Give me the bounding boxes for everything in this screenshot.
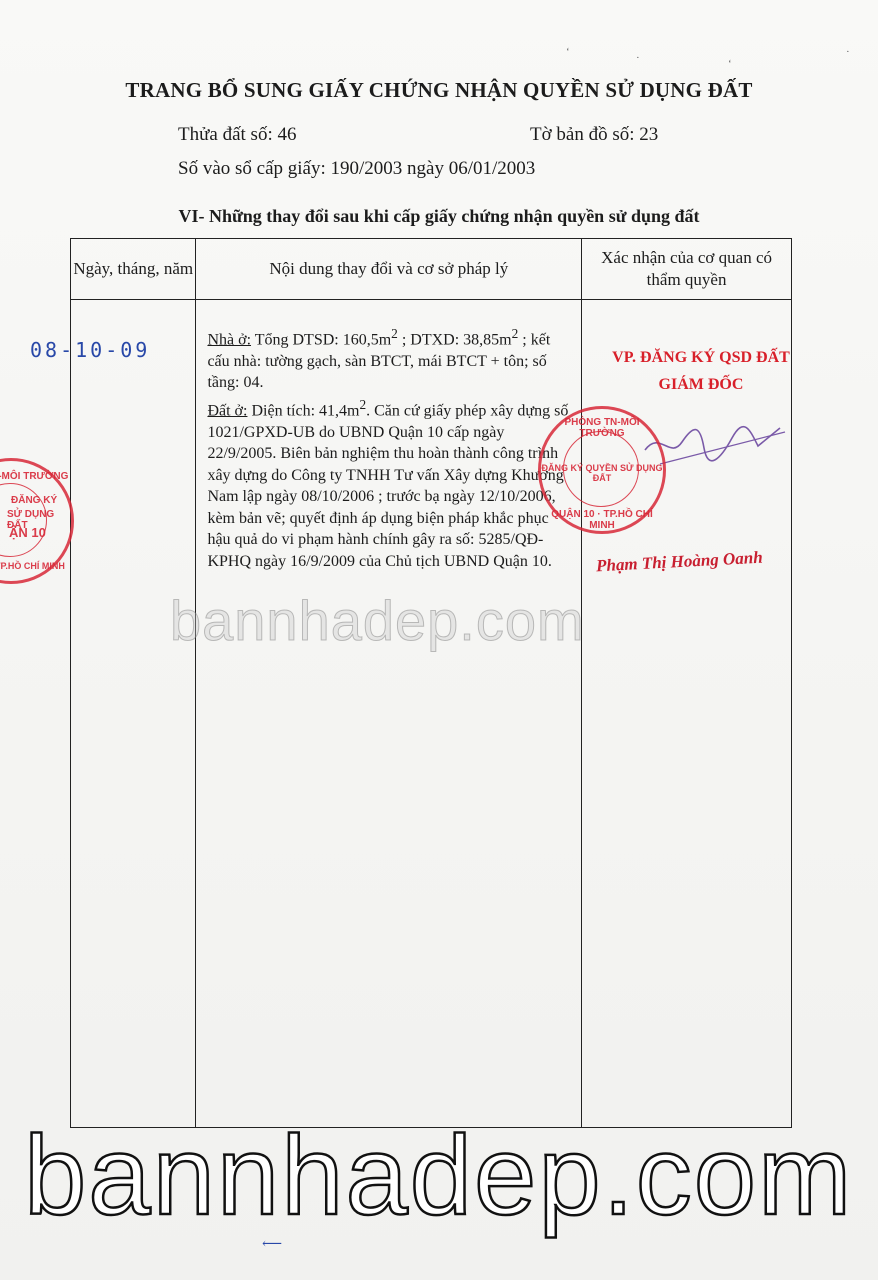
office-title: GIÁM ĐỐC [596,371,806,398]
house-usable-area: Tổng DTSD: 160,5m [251,331,391,348]
document-page: ‘ · ‘ · TRANG BỔ SUNG GIẤY CHỨNG NHẬN QU… [0,0,878,1280]
house-label: Nhà ở: [207,331,251,348]
scan-speck: ⟵ [262,1236,282,1253]
registry-number: Số vào sổ cấp giấy: 190/2003 ngày 06/01/… [178,158,535,180]
date-stamp: 08-10-09 [30,338,150,362]
side-seal-text: ĐĂNG KÝ [11,495,71,506]
cell-date [71,300,196,1128]
header-content: Nội dung thay đổi và cơ sở pháp lý [196,239,582,300]
watermark-middle: bannhadep.com [170,588,585,653]
section-title: VI- Những thay đổi sau khi cấp giấy chứn… [0,206,878,227]
side-seal-text: N-MÔI TRƯỜNG [0,471,71,482]
scan-speck: ‘ [566,46,570,58]
office-name: VP. ĐĂNG KÝ QSD ĐẤT [596,344,806,371]
map-sheet-number: Tờ bản đồ số: 23 [530,124,658,146]
seal-bottom-text: QUẬN 10 · TP.HỒ CHÍ MINH [541,509,663,531]
superscript: 2 [391,326,398,341]
side-seal-text: TP.HỒ CHÍ MINH [0,561,71,571]
office-stamp: VP. ĐĂNG KÝ QSD ĐẤT GIÁM ĐỐC [596,344,806,398]
side-seal-text: ẬN 10 [9,525,71,540]
land-label: Đất ở: [207,402,247,419]
cell-content: Nhà ở: Tổng DTSD: 160,5m2 ; DTXD: 38,85m… [196,300,582,1128]
scan-speck: · [636,52,640,64]
header-date: Ngày, tháng, năm [71,239,196,300]
scan-speck: · [846,46,850,58]
header-confirmation: Xác nhận của cơ quan có thẩm quyền [582,239,792,300]
side-seal-icon: N-MÔI TRƯỜNG ĐĂNG KÝ SỬ DỤNG ĐẤT ẬN 10 T… [0,458,74,584]
land-area: Diện tích: 41,4m [247,402,359,419]
house-build-area: ; DTXD: 38,85m [398,331,512,348]
seal-top-text: PHÒNG TN-MÔI TRƯỜNG [541,417,663,439]
seal-middle-text: ĐĂNG KÝ QUYỀN SỬ DỤNG ĐẤT [541,463,663,483]
document-title: TRANG BỔ SUNG GIẤY CHỨNG NHẬN QUYỀN SỬ D… [0,78,878,103]
scan-speck: ‘ [728,58,732,70]
legal-basis: . Căn cứ giấy phép xây dựng số 1021/GPXD… [207,402,568,570]
parcel-number: Thửa đất số: 46 [178,124,296,146]
watermark-bottom: bannhadep.com [24,1120,853,1232]
change-description: Nhà ở: Tổng DTSD: 160,5m2 ; DTXD: 38,85m… [197,301,580,572]
official-seal-icon: PHÒNG TN-MÔI TRƯỜNG ĐĂNG KÝ QUYỀN SỬ DỤN… [538,406,666,534]
table-header-row: Ngày, tháng, năm Nội dung thay đổi và cơ… [71,239,792,300]
